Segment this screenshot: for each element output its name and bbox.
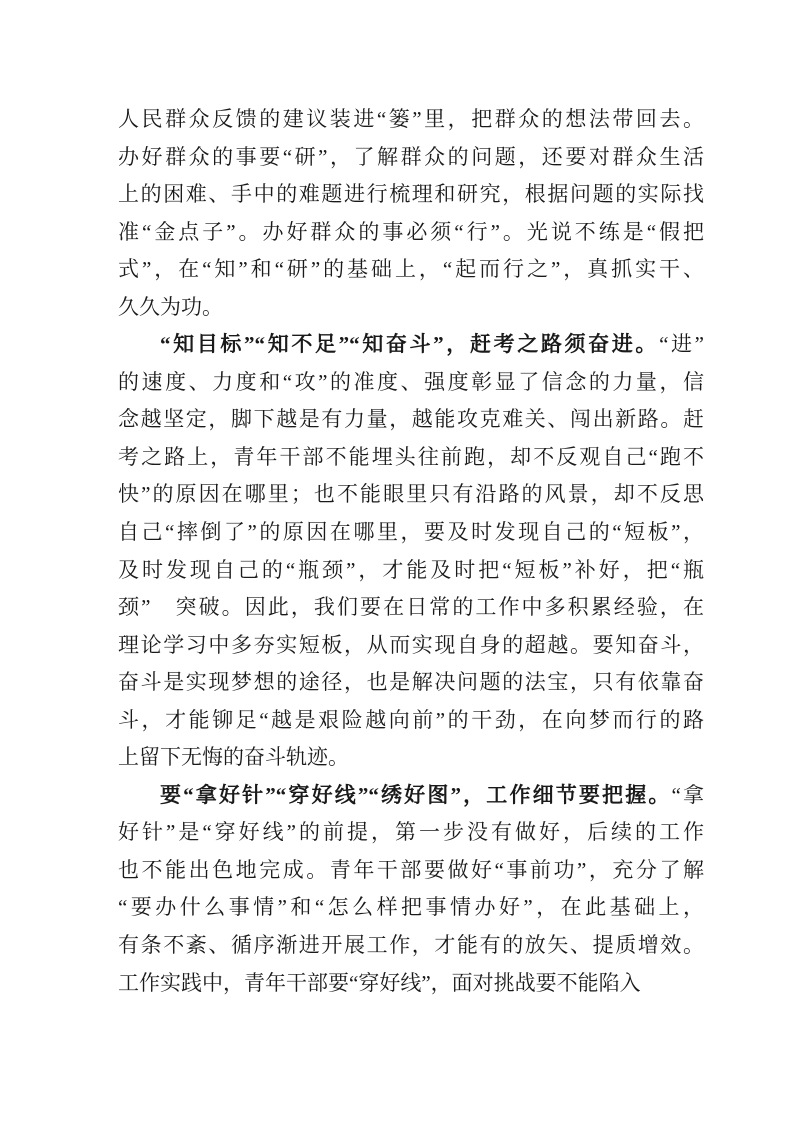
bold-heading-run: “知目标”“知不足”“知奋斗”，赶考之路须奋进。 — [160, 332, 659, 356]
paragraph: 人民群众反馈的建议装进“篓”里，把群众的想法带回去。办好群众的事要“研”，了解群… — [118, 101, 704, 326]
text-run: 准“金点子”。办好群众的事必须“行”。光说不练是“假把 — [118, 220, 704, 244]
text-run: 人民群众反馈的建议装进“篓”里，把群众的想法带回去。 — [118, 107, 704, 131]
text-line: 有条不紊、循序渐进开展工作，才能有的放矢、提质增效。 — [118, 927, 704, 965]
text-run: 式”，在“知”和“研”的基础上，“起而行之”，真抓实干、 — [118, 257, 704, 281]
text-run: 上留下无悔的奋斗轨迹。 — [118, 745, 349, 769]
text-line: “知目标”“知不足”“知奋斗”，赶考之路须奋进。“进” — [118, 326, 704, 364]
text-line: 上留下无悔的奋斗轨迹。 — [118, 739, 704, 777]
text-run: 及时发现自己的“瓶颈”，才能及时把“短板”补好，把“瓶 — [118, 558, 704, 582]
document-text-block: 人民群众反馈的建议装进“篓”里，把群众的想法带回去。办好群众的事要“研”，了解群… — [118, 101, 704, 1002]
text-line: 念越坚定，脚下越是有力量，越能攻克难关、闯出新路。赶 — [118, 401, 704, 439]
text-run: 上的困难、手中的难题进行梳理和研究，根据问题的实际找 — [118, 182, 704, 206]
text-line: 准“金点子”。办好群众的事必须“行”。光说不练是“假把 — [118, 214, 704, 252]
text-line: 久久为功。 — [118, 289, 704, 327]
text-line: 上的困难、手中的难题进行梳理和研究，根据问题的实际找 — [118, 176, 704, 214]
text-run: 自己“摔倒了”的原因在哪里，要及时发现自己的“短板”， — [118, 520, 704, 544]
text-run: 的速度、力度和“攻”的准度、强度彰显了信念的力量，信 — [118, 370, 704, 394]
text-line: 要“拿好针”“穿好线”“绣好图”，工作细节要把握。“拿 — [118, 777, 704, 815]
paragraph: “知目标”“知不足”“知奋斗”，赶考之路须奋进。“进”的速度、力度和“攻”的准度… — [118, 326, 704, 777]
text-run: “进” — [659, 332, 704, 356]
text-line: 工作实践中，青年干部要“穿好线”，面对挑战要不能陷入 — [118, 965, 704, 1003]
text-run: 奋斗是实现梦想的途径，也是解决问题的法宝，只有依靠奋 — [118, 670, 704, 694]
text-line: 好针”是“穿好线”的前提，第一步没有做好，后续的工作 — [118, 814, 704, 852]
text-run: 念越坚定，脚下越是有力量，越能攻克难关、闯出新路。赶 — [118, 407, 704, 431]
text-run: 好针”是“穿好线”的前提，第一步没有做好，后续的工作 — [118, 820, 704, 844]
text-line: 考之路上，青年干部不能埋头往前跑，却不反观自己“跑不 — [118, 439, 704, 477]
text-line: 奋斗是实现梦想的途径，也是解决问题的法宝，只有依靠奋 — [118, 664, 704, 702]
text-line: 人民群众反馈的建议装进“篓”里，把群众的想法带回去。 — [118, 101, 704, 139]
text-line: 也不能出色地完成。青年干部要做好“事前功”，充分了解 — [118, 852, 704, 890]
text-run: 斗，才能铆足“越是艰险越向前”的干劲，在向梦而行的路 — [118, 708, 704, 732]
document-page: 人民群众反馈的建议装进“篓”里，把群众的想法带回去。办好群众的事要“研”，了解群… — [0, 0, 793, 1122]
text-run: 有条不紊、循序渐进开展工作，才能有的放矢、提质增效。 — [118, 933, 704, 957]
text-line: 的速度、力度和“攻”的准度、强度彰显了信念的力量，信 — [118, 364, 704, 402]
text-line: 自己“摔倒了”的原因在哪里，要及时发现自己的“短板”， — [118, 514, 704, 552]
text-line: 办好群众的事要“研”，了解群众的问题，还要对群众生活 — [118, 139, 704, 177]
text-run: 也不能出色地完成。青年干部要做好“事前功”，充分了解 — [118, 858, 704, 882]
text-run: 久久为功。 — [118, 295, 223, 319]
text-line: 及时发现自己的“瓶颈”，才能及时把“短板”补好，把“瓶 — [118, 552, 704, 590]
text-line: 快”的原因在哪里；也不能眼里只有沿路的风景，却不反思 — [118, 476, 704, 514]
paragraph: 要“拿好针”“穿好线”“绣好图”，工作细节要把握。“拿好针”是“穿好线”的前提，… — [118, 777, 704, 1002]
text-line: 斗，才能铆足“越是艰险越向前”的干劲，在向梦而行的路 — [118, 702, 704, 740]
text-line: “要办什么事情”和“怎么样把事情办好”，在此基础上， — [118, 889, 704, 927]
text-run: 考之路上，青年干部不能埋头往前跑，却不反观自己“跑不 — [118, 445, 704, 469]
text-run: 理论学习中多夯实短板，从而实现自身的超越。要知奋斗， — [118, 633, 704, 657]
text-run: 颈” 突破。因此，我们要在日常的工作中多积累经验，在 — [118, 595, 704, 619]
bold-heading-run: 要“拿好针”“穿好线”“绣好图”，工作细节要把握。 — [160, 783, 672, 807]
text-run: “要办什么事情”和“怎么样把事情办好”，在此基础上， — [118, 895, 704, 919]
text-line: 理论学习中多夯实短板，从而实现自身的超越。要知奋斗， — [118, 627, 704, 665]
text-run: 快”的原因在哪里；也不能眼里只有沿路的风景，却不反思 — [118, 482, 704, 506]
text-run: “拿 — [672, 783, 704, 807]
text-run: 办好群众的事要“研”，了解群众的问题，还要对群众生活 — [118, 145, 704, 169]
text-run: 工作实践中，青年干部要“穿好线”，面对挑战要不能陷入 — [118, 971, 641, 995]
text-line: 式”，在“知”和“研”的基础上，“起而行之”，真抓实干、 — [118, 251, 704, 289]
text-line: 颈” 突破。因此，我们要在日常的工作中多积累经验，在 — [118, 589, 704, 627]
